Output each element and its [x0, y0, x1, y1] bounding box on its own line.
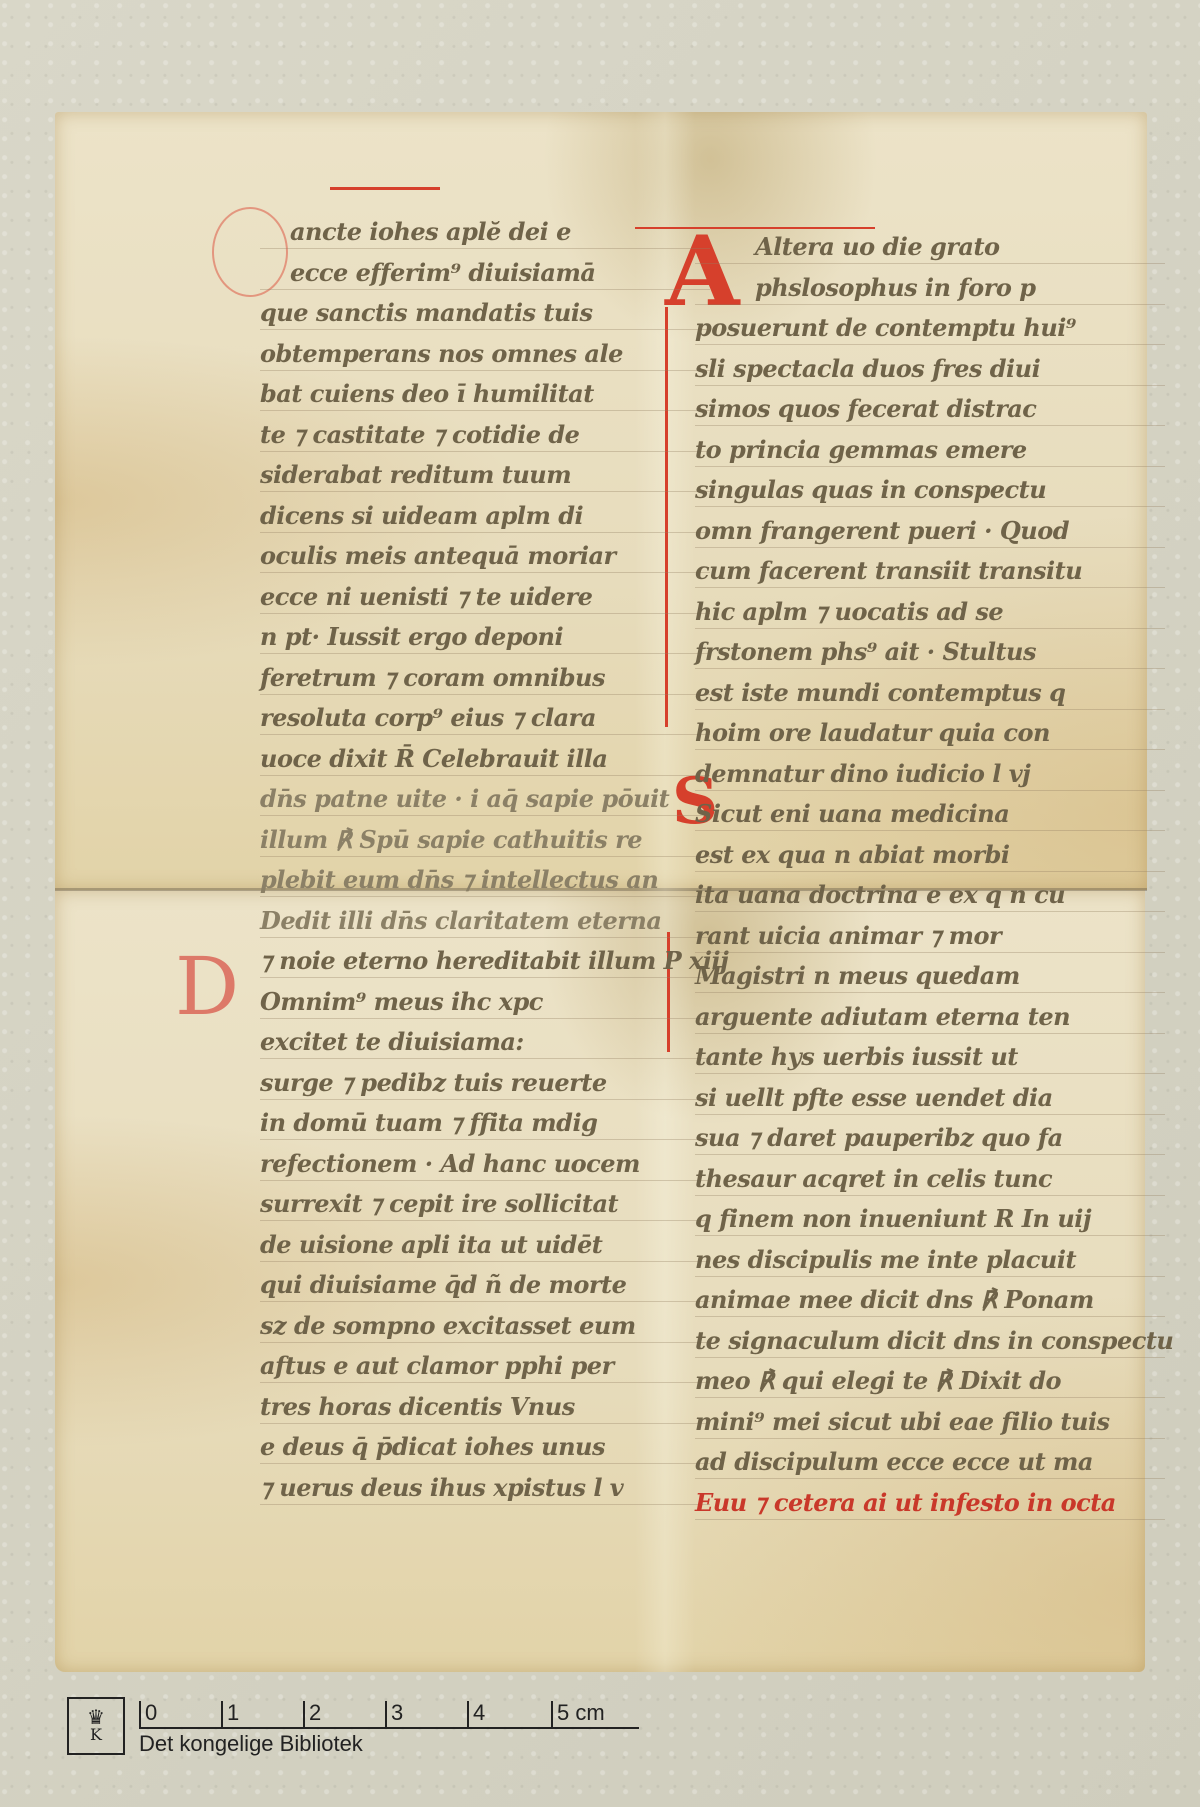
text-line: meo ℟ qui elegi te ℟ Dixit do	[695, 1366, 1061, 1396]
text-line: Dedit illi dn̄s claritatem eterna	[260, 906, 661, 936]
ruling-line	[695, 952, 1165, 953]
text-line: oculis meis antequā moriar	[260, 541, 616, 571]
ruling-line	[260, 532, 710, 533]
ruling-line	[260, 410, 710, 411]
ruling-line	[695, 628, 1165, 629]
text-line: sz de sompno excitasset eum	[260, 1311, 636, 1341]
tick-2: 2	[303, 1701, 305, 1727]
top-flourish	[330, 187, 440, 190]
text-line: aftus e aut clamor pphi per	[260, 1351, 614, 1381]
ruling-line	[260, 734, 710, 735]
ruling-line	[695, 749, 1165, 750]
text-line: refectionem · Ad hanc uocem	[260, 1149, 640, 1179]
ruling-line	[695, 1195, 1165, 1196]
ruling-line	[695, 506, 1165, 507]
ruling-line	[260, 289, 710, 290]
text-line: est ex qua n abiat morbi	[695, 840, 1009, 870]
ruling-line	[695, 992, 1165, 993]
text-line: te signaculum dicit dns in conspectu	[695, 1326, 1173, 1356]
text-line: thesaur acqret in celis tunc	[695, 1164, 1052, 1194]
ruling-line	[260, 1139, 710, 1140]
text-line: resoluta corp⁹ eius ⁊ clara	[260, 703, 596, 733]
ruling-line	[260, 491, 710, 492]
text-line: phslosophus in foro p	[755, 273, 1035, 303]
ruling-line	[260, 694, 710, 695]
text-line: Magistri n meus quedam	[695, 961, 1020, 991]
ruling-line	[695, 1478, 1165, 1479]
tick-4: 4	[467, 1701, 469, 1727]
ruling-line	[695, 1357, 1165, 1358]
ruling-line	[695, 1235, 1165, 1236]
text-line: feretrum ⁊ coram omnibus	[260, 663, 605, 693]
ruling-line	[695, 466, 1165, 467]
text-line: dicens si uideam aplm di	[260, 501, 583, 531]
text-line: te ⁊ castitate ⁊ cotidie de	[260, 420, 579, 450]
ruling-line	[260, 1382, 710, 1383]
text-line: si uellt pfte esse uendet dia	[695, 1083, 1053, 1113]
ruling-line	[695, 1114, 1165, 1115]
ruling-line	[695, 1316, 1165, 1317]
ruling-line	[695, 1519, 1165, 1520]
ruling-line	[260, 1058, 710, 1059]
ruling-line	[260, 856, 710, 857]
ruling-line	[260, 370, 710, 371]
ruling-line	[260, 937, 710, 938]
ruling-line	[695, 790, 1165, 791]
ruling-line	[695, 1276, 1165, 1277]
text-line: qui diuisiame q̄d ñ de morte	[260, 1270, 626, 1300]
text-line: Omnim⁹ meus ihc xpc	[260, 987, 543, 1017]
text-line: animae mee dicit dns ℟ Ponam	[695, 1285, 1094, 1315]
left-text-column: ancte iohes aplĕ dei eecce efferim⁹ diui…	[260, 217, 710, 1557]
text-line: que sanctis mandatis tuis	[260, 298, 593, 328]
text-line: singulas quas in conspectu	[695, 475, 1046, 505]
ruling-line	[695, 668, 1165, 669]
initial-d: D	[175, 952, 265, 1022]
text-line: ecce efferim⁹ diuisiamā	[290, 258, 595, 288]
text-line: nes discipulis me inte placuit	[695, 1245, 1076, 1275]
institution-name: Det kongelige Bibliotek	[139, 1731, 363, 1757]
text-line: hoim ore laudatur quia con	[695, 718, 1050, 748]
text-line: demnatur dino iudicio l vj	[695, 759, 1030, 789]
ruling-line	[695, 385, 1165, 386]
ruling-line	[695, 263, 1165, 264]
tick-5: 5 cm	[551, 1701, 553, 1727]
text-line: hic aplm ⁊ uocatis ad se	[695, 597, 1003, 627]
text-line: Altera uo die grato	[755, 232, 1000, 262]
ruling-line	[260, 572, 710, 573]
text-line: q finem non inueniunt R In uij	[695, 1204, 1091, 1234]
right-text-column: Altera uo die gratophslosophus in foro p…	[695, 232, 1165, 1572]
ruling-line	[695, 344, 1165, 345]
ruling-line	[695, 587, 1165, 588]
ruling-line	[260, 1423, 710, 1424]
text-line: ad discipulum ecce ecce ut ma	[695, 1447, 1093, 1477]
text-line: uoce dixit R̄ Celebrauit illa	[260, 744, 607, 774]
text-line: est iste mundi contemptus q	[695, 678, 1065, 708]
crown-k-logo-icon: ♛K	[67, 1697, 125, 1755]
ruling-line	[695, 830, 1165, 831]
ruling-line	[260, 1342, 710, 1343]
text-line: excitet te diuisiama:	[260, 1027, 524, 1057]
ruling-line	[260, 1099, 710, 1100]
text-line: obtemperans nos omnes ale	[260, 339, 623, 369]
text-line: Sicut eni uana medicina	[695, 799, 1009, 829]
text-line: posuerunt de contemptu hui⁹	[695, 313, 1076, 343]
ruling-line	[260, 1463, 710, 1464]
ruling-line	[260, 653, 710, 654]
ruling-line	[260, 1261, 710, 1262]
text-line: sua ⁊ daret pauperibz quo fa	[695, 1123, 1063, 1153]
ruling-line	[260, 815, 710, 816]
text-line: n pt· Iussit ergo deponi	[260, 622, 563, 652]
ruling-line	[695, 709, 1165, 710]
ruling-line	[695, 1397, 1165, 1398]
text-line: mini⁹ mei sicut ubi eae filio tuis	[695, 1407, 1110, 1437]
text-line: de uisione apli ita ut uidēt	[260, 1230, 602, 1260]
text-line: simos quos fecerat distrac	[695, 394, 1036, 424]
tick-3: 3	[385, 1701, 387, 1727]
text-line: rant uicia animar ⁊ mor	[695, 921, 1001, 951]
ruling-line	[695, 1033, 1165, 1034]
ruling-line	[260, 248, 710, 249]
text-line: dn̄s patne uite · i aq̄ sapie pōuit	[260, 784, 669, 814]
ruling-line	[695, 871, 1165, 872]
ruling-line	[260, 329, 710, 330]
text-line: to princia gemmas emere	[695, 435, 1027, 465]
text-line: tante hys uerbis iussit ut	[695, 1042, 1018, 1072]
text-line: sli spectacla duos fres diui	[695, 354, 1040, 384]
ruling-line	[695, 911, 1165, 912]
centimeter-ruler: 0 1 2 3 4 5 cm	[139, 1701, 639, 1729]
text-line: surrexit ⁊ cepit ire sollicitat	[260, 1189, 618, 1219]
tick-1: 1	[221, 1701, 223, 1727]
text-line: cum facerent transiit transitu	[695, 556, 1082, 586]
ruling-line	[260, 1220, 710, 1221]
ruling-line	[260, 451, 710, 452]
ruling-line	[695, 547, 1165, 548]
text-line: siderabat reditum tuum	[260, 460, 571, 490]
ruling-line	[260, 613, 710, 614]
text-line: ecce ni uenisti ⁊ te uidere	[260, 582, 592, 612]
ruling-line	[260, 1180, 710, 1181]
text-line: surge ⁊ pedibz tuis reuerte	[260, 1068, 607, 1098]
text-line: frstonem phs⁹ ait · Stultus	[695, 637, 1036, 667]
text-line: illum ℟ Spū sapie cathuitis re	[260, 825, 642, 855]
ruling-line	[695, 304, 1165, 305]
ruling-line	[695, 1438, 1165, 1439]
ruling-line	[260, 1504, 710, 1505]
ruling-line	[260, 896, 710, 897]
ruling-line	[260, 775, 710, 776]
ruling-line	[695, 425, 1165, 426]
tick-0: 0	[139, 1701, 141, 1727]
text-line: omn frangerent pueri · Quod	[695, 516, 1069, 546]
text-line: ⁊ uerus deus ihus xpistus l v	[260, 1473, 623, 1503]
ruling-line	[260, 1018, 710, 1019]
text-line: ita uana doctrina e ex q n cu	[695, 880, 1065, 910]
ruling-line	[260, 977, 710, 978]
text-line: tres horas dicentis Vnus	[260, 1392, 575, 1422]
ruling-line	[695, 1154, 1165, 1155]
manuscript-leaf: A D S ancte iohes aplĕ dei eecce efferim…	[55, 112, 1147, 1672]
text-line: ancte iohes aplĕ dei e	[290, 217, 571, 247]
text-line: e deus q̄ p̄dicat iohes unus	[260, 1432, 605, 1462]
text-line: arguente adiutam eterna ten	[695, 1002, 1070, 1032]
ruling-line	[695, 1073, 1165, 1074]
text-line: Euu ⁊ cetera ai ut infesto in octa	[695, 1488, 1116, 1518]
text-line: plebit eum dn̄s ⁊ intellectus an	[260, 865, 658, 895]
text-line: in domū tuam ⁊ ffita mdig	[260, 1108, 597, 1138]
ruling-line	[260, 1301, 710, 1302]
text-line: ⁊ noie eterno hereditabit illum P xiij	[260, 946, 728, 976]
text-line: bat cuiens deo ī humilitat	[260, 379, 594, 409]
